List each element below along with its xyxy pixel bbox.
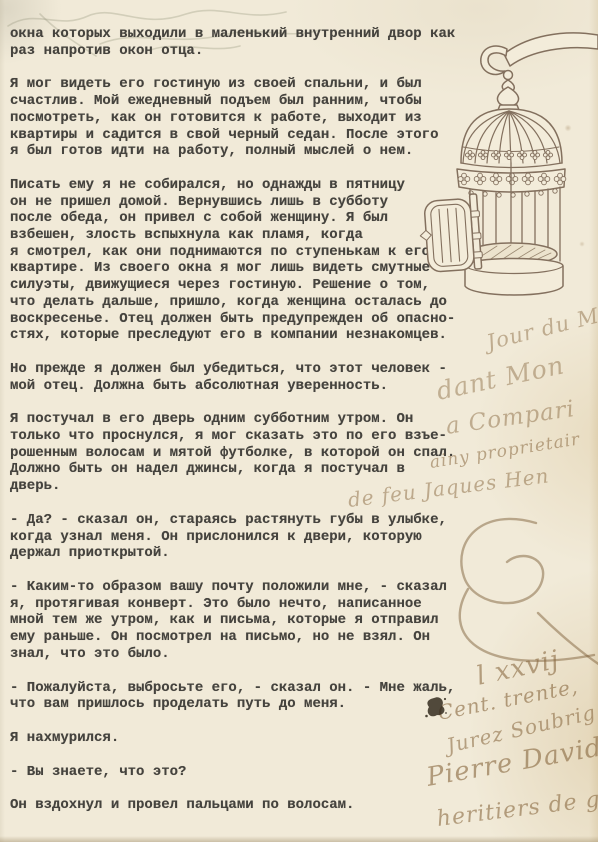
paragraph-1: окна которых выходили в маленький внутре… [10, 26, 478, 59]
ink-blot [423, 693, 449, 721]
paragraph-11: Он вздохнул и провел пальцами по волосам… [10, 797, 478, 814]
paragraph-3: Писать ему я не собирался, но однажды в … [10, 177, 478, 344]
paragraph-4: Но прежде я должен был убедиться, что эт… [10, 361, 478, 394]
paragraph-9: Я нахмурился. [10, 730, 478, 747]
paragraph-5: Я постучал в его дверь одним субботним у… [10, 411, 478, 495]
paragraph-2: Я мог видеть его гостиную из своей спаль… [10, 76, 478, 160]
birdcage-illustration [413, 25, 598, 320]
paragraph-6: - Да? - сказал он, стараясь растянуть гу… [10, 512, 478, 562]
book-page: окна которых выходили в маленький внутре… [0, 0, 598, 842]
ink-flourish [418, 505, 598, 700]
page-text: окна которых выходили в маленький внутре… [10, 26, 478, 831]
paragraph-10: - Вы знаете, что это? [10, 764, 478, 781]
paragraph-7: - Каким-то образом вашу почту положили м… [10, 579, 478, 663]
paragraph-8: - Пожалуйста, выбросьте его, - сказал он… [10, 680, 478, 713]
